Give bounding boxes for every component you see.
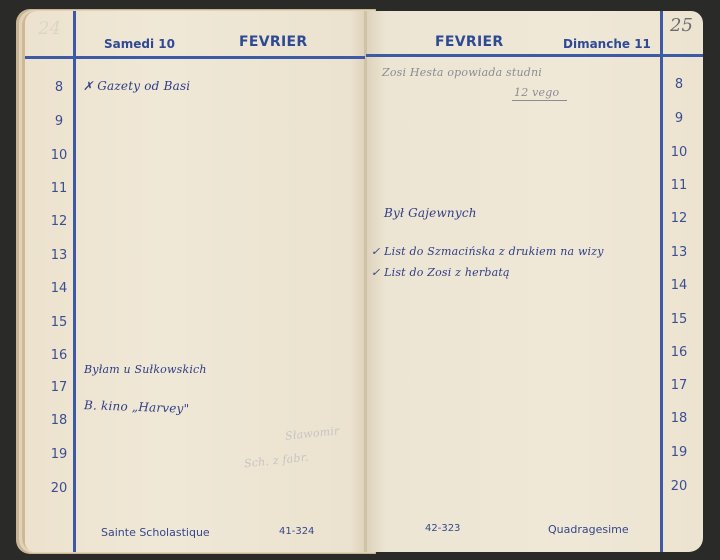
right-day-label: Dimanche 11: [563, 37, 651, 51]
hour-label: 11: [664, 178, 694, 193]
hour-label: 16: [44, 348, 74, 363]
left-month-label: FEVRIER: [239, 34, 307, 50]
hour-label: 12: [664, 211, 694, 226]
handwritten-entry: ✗ Gazety od Basi: [83, 79, 190, 93]
left-saint-of-day: Sainte Scholastique: [101, 526, 210, 539]
hour-label: 8: [44, 80, 74, 95]
handwritten-entry: ✓ List do Zosi z herbatą: [371, 266, 510, 279]
hour-label: 8: [664, 77, 694, 92]
pencil-entry: 12 vego: [512, 86, 567, 101]
hour-label: 19: [664, 445, 694, 460]
hour-label: 14: [664, 278, 694, 293]
hour-label: 16: [664, 345, 694, 360]
left-header-rule: [25, 56, 365, 59]
hour-label: 11: [44, 181, 74, 196]
handwritten-page-number: 25: [670, 15, 693, 36]
ghost-page-number: 24: [38, 18, 61, 39]
handwritten-entry: ✓ List do Szmacińska z drukiem na wizy: [371, 245, 604, 258]
open-diary: 24 Samedi 10 FEVRIER FEVRIER Dimanche 11…: [0, 0, 720, 560]
hour-label: 9: [664, 111, 694, 126]
hour-label: 10: [44, 148, 74, 163]
hour-label: 9: [44, 114, 74, 129]
hour-label: 19: [44, 447, 74, 462]
hour-label: 15: [664, 312, 694, 327]
hour-label: 14: [44, 281, 74, 296]
left-day-count: 41-324: [279, 526, 314, 537]
right-margin-rule: [660, 11, 663, 552]
right-month-label: FEVRIER: [435, 34, 503, 50]
hour-label: 17: [44, 380, 74, 395]
hour-label: 20: [44, 481, 74, 496]
hour-label: 15: [44, 315, 74, 330]
hour-label: 13: [664, 245, 694, 260]
hour-label: 10: [664, 145, 694, 160]
hour-label: 13: [44, 248, 74, 263]
hour-label: 12: [44, 214, 74, 229]
hour-label: 17: [664, 378, 694, 393]
left-page: [25, 11, 367, 552]
hour-label: 18: [44, 413, 74, 428]
left-day-label: Samedi 10: [104, 37, 175, 51]
right-day-count: 42-323: [425, 523, 460, 534]
hour-label: 18: [664, 411, 694, 426]
book-spine: [364, 11, 367, 552]
pencil-entry: Zosi Hesta opowiada studni: [382, 66, 542, 79]
right-header-rule: [366, 54, 703, 57]
right-feast-of-day: Quadragesime: [548, 523, 629, 536]
handwritten-entry: Byłam u Sułkowskich: [84, 363, 207, 376]
hour-label: 20: [664, 479, 694, 494]
handwritten-entry: Był Gajewnych: [384, 206, 477, 220]
